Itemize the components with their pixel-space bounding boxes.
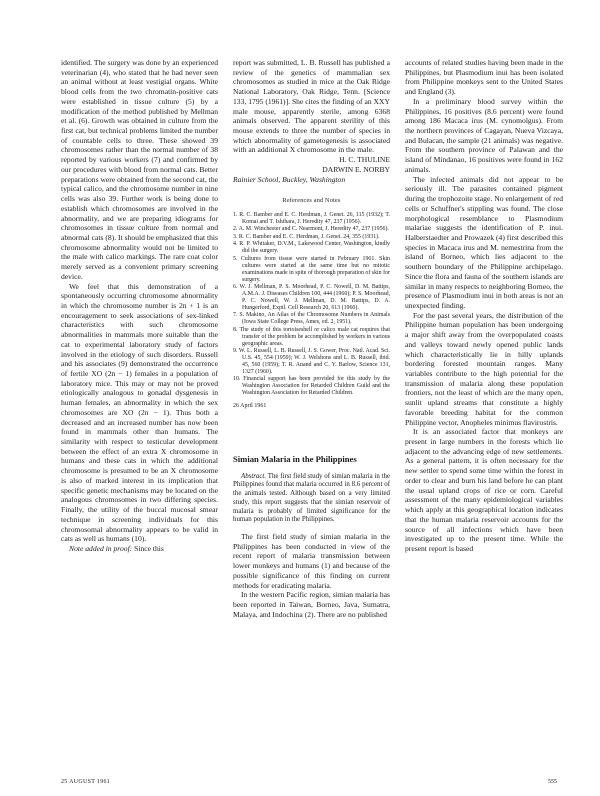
references-heading: References and Notes xyxy=(233,196,390,206)
reference-item: 4. R. P. Whitaker, D.V.M., Lakewood Cent… xyxy=(233,241,390,255)
reference-item: 2. A. M. Winchester and C. Nearmont, J. … xyxy=(233,226,390,233)
note-text: Since this xyxy=(132,544,164,553)
body-paragraph: report was submitted, L. B. Russell has … xyxy=(233,58,390,155)
footer-date: 25 AUGUST 1961 xyxy=(61,779,110,785)
abstract-text: The first field study of simian malaria … xyxy=(233,473,390,524)
body-paragraph: identified. The surgery was done by an e… xyxy=(61,58,218,282)
reference-item: 10. Financial support has been provided … xyxy=(233,376,390,397)
reference-item: 1. R. C. Bamber and E. C. Herdman, J. Ge… xyxy=(233,212,390,226)
body-paragraph: For the past several years, the distribu… xyxy=(405,311,563,428)
reference-item: 8. The study of this tortoiseshell or ca… xyxy=(233,327,390,348)
received-date: 26 April 1961 xyxy=(233,402,390,412)
reference-item: 3. R. C. Bamber and E. C. Herdman, J. Ge… xyxy=(233,234,390,241)
reference-item: 6. W. J. Mellman, P. S. Moorhead, P. C. … xyxy=(233,284,390,312)
body-paragraph: We feel that this demonstration of a spo… xyxy=(61,282,218,544)
article-title: Simian Malaria in the Philippines xyxy=(233,455,390,465)
body-paragraph: In the western Pacific region, simian ma… xyxy=(233,590,390,619)
body-paragraph: It is an associated factor that monkeys … xyxy=(405,427,563,553)
reference-item: 7. S. Makino, An Atlas of the Chromosome… xyxy=(233,312,390,326)
body-paragraph: accounts of related studies having been … xyxy=(405,58,563,97)
author-affiliation: Rainier School, Buckley, Washington xyxy=(233,175,390,185)
page-number: 555 xyxy=(548,779,557,785)
author-signature: DARWIN E. NORBY xyxy=(233,165,390,175)
references-list: 1. R. C. Bamber and E. C. Herdman, J. Ge… xyxy=(233,212,390,397)
column-left: identified. The surgery was done by an e… xyxy=(61,58,218,554)
body-paragraph: In a preliminary blood survey within the… xyxy=(405,97,563,175)
column-middle: report was submitted, L. B. Russell has … xyxy=(233,58,390,619)
note-added-in-proof: Note added in proof: Since this xyxy=(61,544,218,554)
note-label: Note added in proof: xyxy=(69,544,132,553)
body-paragraph: The infected animals did not appear to b… xyxy=(405,175,563,311)
column-right: accounts of related studies having been … xyxy=(405,58,563,554)
reference-item: 5. Cultures from tissue were started in … xyxy=(233,256,390,284)
abstract-label: Abstract. xyxy=(241,473,266,480)
reference-item: 9. W. L. Russell, L. B. Russell, J. S. G… xyxy=(233,348,390,376)
author-signature: H. C. THULINE xyxy=(233,155,390,165)
body-paragraph: The first field study of simian malaria … xyxy=(233,532,390,590)
abstract: Abstract. The first field study of simia… xyxy=(233,473,390,525)
